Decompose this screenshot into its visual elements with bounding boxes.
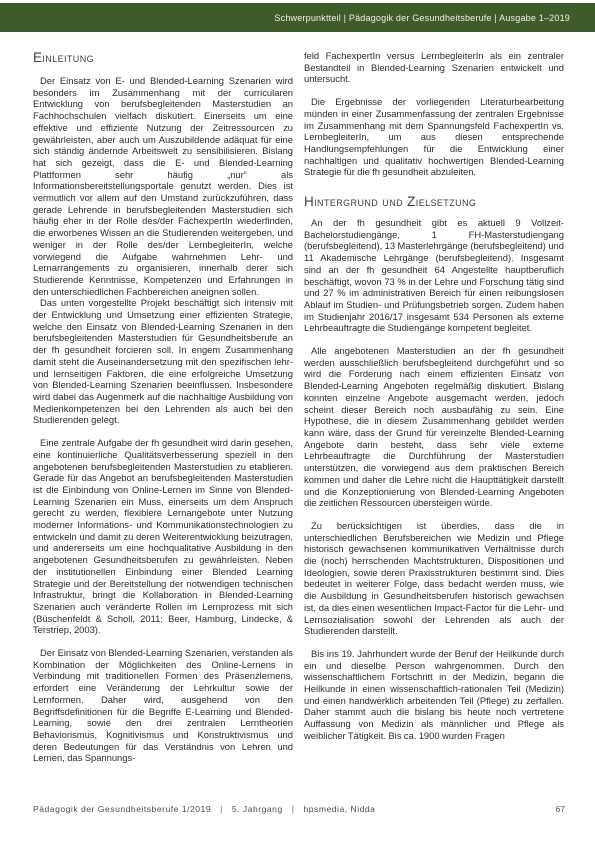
paragraph: Zu berücksichtigen ist überdies, dass di…: [304, 520, 564, 637]
page-number: 67: [555, 804, 565, 814]
paragraph: An der fh gesundheit gibt es aktuell 9 V…: [304, 217, 564, 334]
paragraph: Die Ergebnisse der vorliegenden Literatu…: [304, 96, 564, 178]
footer-volume: 5. Jahrgang: [232, 804, 283, 814]
paragraph: Eine zentrale Aufgabe der fh gesundheit …: [33, 437, 293, 636]
paragraph: Das unten vorgestellte Projekt beschäfti…: [33, 297, 293, 426]
footer-separator: |: [292, 804, 295, 814]
header-running-title: Schwerpunktteil | Pädagogik der Gesundhe…: [274, 13, 570, 23]
paragraph-continuation: feld FachexpertIn versus LernbegleiterIn…: [304, 50, 564, 85]
right-column: feld FachexpertIn versus LernbegleiterIn…: [304, 50, 564, 764]
footer-journal-title: Pädagogik der Gesundheitsberufe 1/2019: [33, 804, 211, 814]
section-heading-einleitung: Einleitung: [33, 50, 293, 65]
page-header-bar: Schwerpunktteil | Pädagogik der Gesundhe…: [0, 3, 595, 32]
left-column: Einleitung Der Einsatz von E- und Blende…: [33, 50, 293, 764]
article-content: Einleitung Der Einsatz von E- und Blende…: [33, 50, 565, 764]
section-heading-hintergrund: Hintergrund und Zielsetzung: [304, 194, 564, 209]
paragraph: Der Einsatz von E- und Blended-Learning …: [33, 75, 293, 297]
paragraph: Alle angebotenen Masterstudien an der fh…: [304, 345, 564, 509]
journal-page: Schwerpunktteil | Pädagogik der Gesundhe…: [0, 0, 595, 842]
paragraph: Bis ins 19. Jahrhundert wurde der Beruf …: [304, 648, 564, 742]
footer-separator: |: [220, 804, 223, 814]
page-footer: Pädagogik der Gesundheitsberufe 1/2019 |…: [33, 804, 565, 814]
paragraph: Der Einsatz von Blended-Learning Szenari…: [33, 647, 293, 764]
footer-publisher: hpsmedia, Nidda: [303, 804, 375, 814]
